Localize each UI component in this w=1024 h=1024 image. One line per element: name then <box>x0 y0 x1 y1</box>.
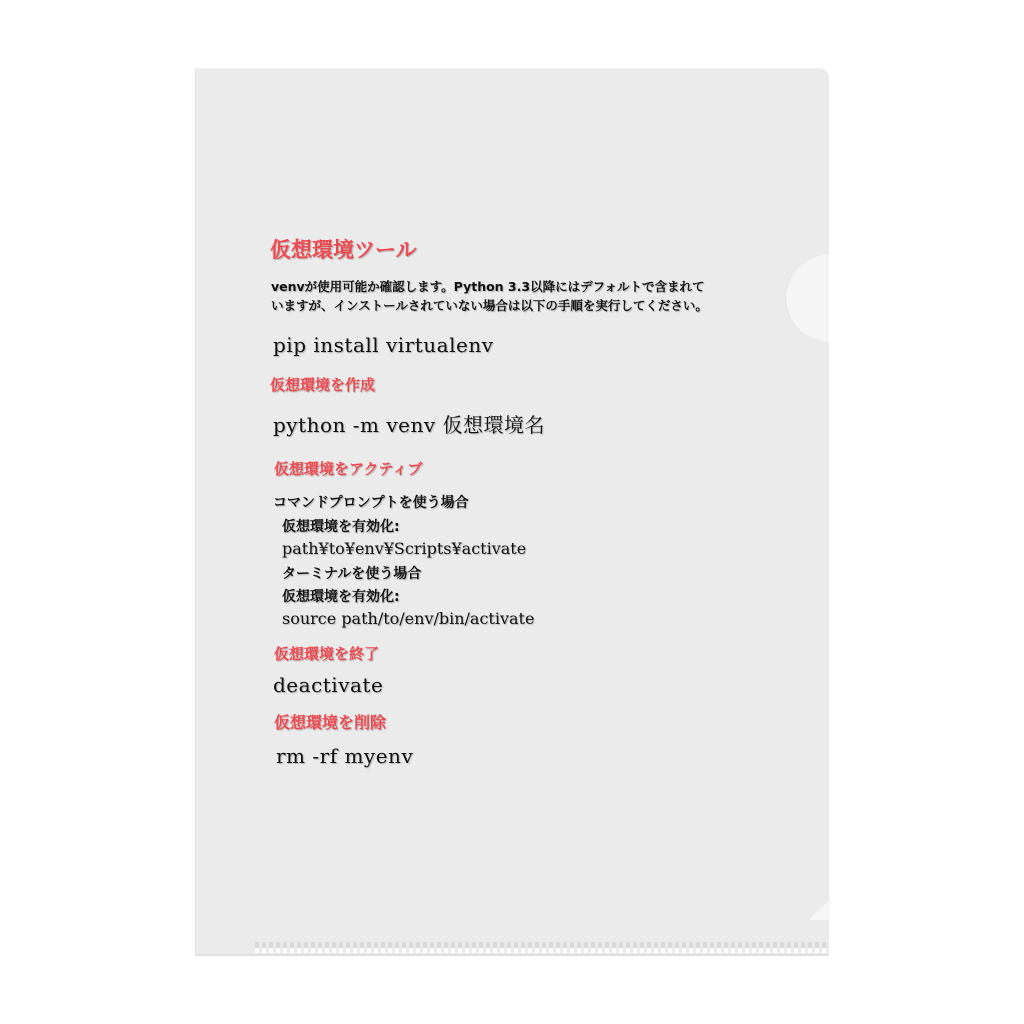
description-line-1: venvが使用可能か確認します。Python 3.3以降にはデフォルトで含まれて <box>271 277 704 295</box>
clear-file-folder-mockup: 仮想環境ツール venvが使用可能か確認します。Python 3.3以降にはデフ… <box>0 0 1024 1024</box>
activate-line-enable-2: 仮想環境を有効化: <box>282 586 400 606</box>
activate-line-terminal: ターミナルを使う場合 <box>282 563 421 583</box>
delete-command: rm -rf myenv <box>276 744 413 768</box>
create-command: python -m venv 仮想環境名 <box>273 409 545 438</box>
activate-line-windows-path: path¥to¥env¥Scripts¥activate <box>282 539 526 558</box>
section-heading-deactivate: 仮想環境を終了 <box>274 643 379 664</box>
activate-line-enable-1: 仮想環境を有効化: <box>282 516 400 536</box>
section-heading-delete: 仮想環境を削除 <box>274 710 386 733</box>
section-heading-activate: 仮想環境をアクティブ <box>274 458 422 479</box>
activate-line-cmd-prompt: コマンドプロンプトを使う場合 <box>273 492 469 512</box>
deactivate-command: deactivate <box>273 673 383 697</box>
printed-content: 仮想環境ツール venvが使用可能か確認します。Python 3.3以降にはデフ… <box>0 0 1024 1024</box>
page-title: 仮想環境ツール <box>270 234 417 264</box>
section-heading-create: 仮想環境を作成 <box>270 374 375 395</box>
activate-line-unix-path: source path/to/env/bin/activate <box>282 609 534 628</box>
description-line-2: いますが、インストールされていない場合は以下の手順を実行してください。 <box>271 296 708 314</box>
install-command: pip install virtualenv <box>273 333 494 357</box>
